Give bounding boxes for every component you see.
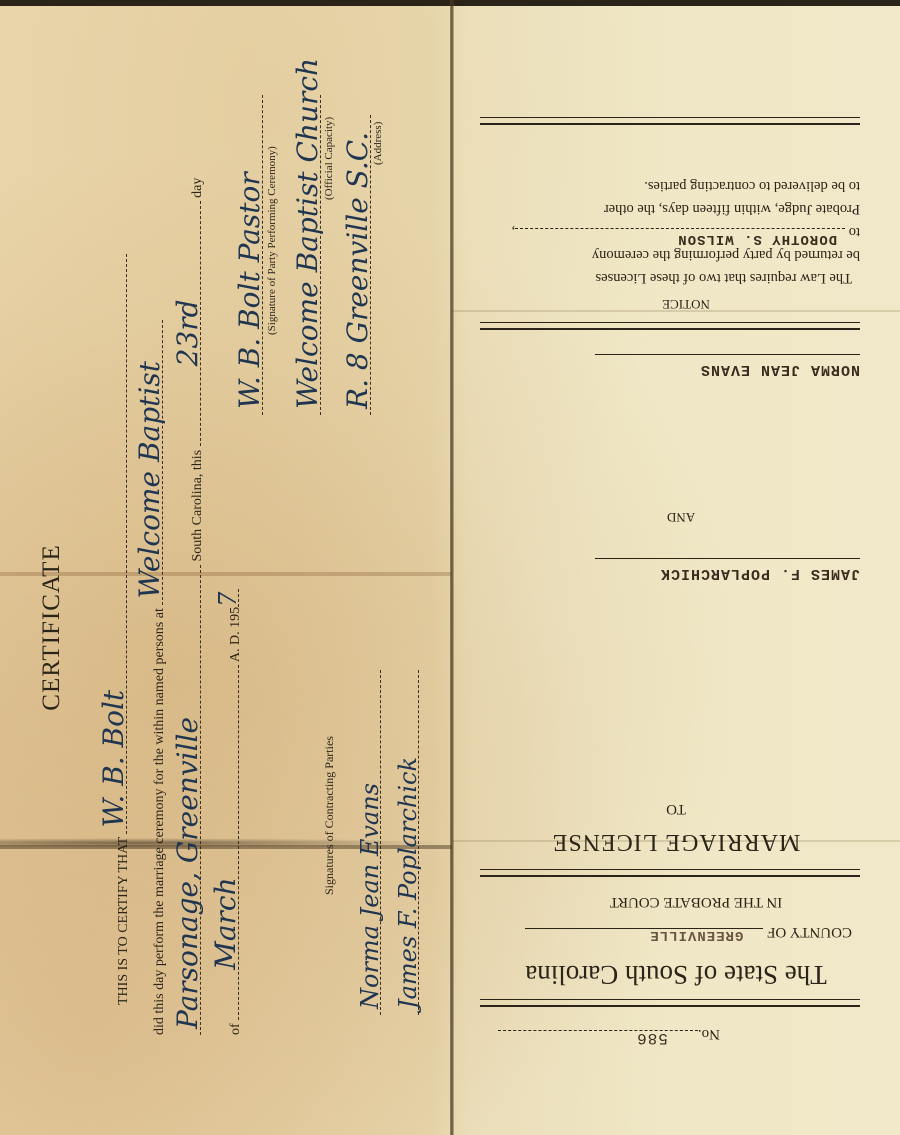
notice-title: NOTICE [452,296,900,312]
officiant-signature-caption: (Signature of Party Performing Ceremony) [266,146,278,335]
location-line: Parsonage, Greenville South Carolina, th… [186,178,206,1035]
to-label: TO [452,800,900,817]
party1-line [595,558,860,559]
place-continued-handwritten: Parsonage, Greenville [171,717,204,1029]
certificate-title: CERTIFICATE [38,0,66,1135]
party1-signature-line: Norma Jean Evans [350,670,381,1015]
place-handwritten: Welcome Baptist [133,361,166,599]
party2-line [595,354,860,355]
contracting-parties-caption: Signatures of Contracting Parties [322,736,337,895]
certify-line: THIS IS TO CERTIFY THAT W. B. Bolt [112,254,132,1005]
license-number: No.586 [498,1025,720,1045]
officiant-name-handwritten: W. B. Bolt [97,690,130,828]
and-label: AND [452,509,900,525]
party2-typed: NORMA JEAN EVANS [700,361,860,378]
rule [480,869,860,877]
day-handwritten: 23rd [171,299,204,366]
party2-signature-line: James F. Poplarchick [388,670,419,1015]
county-value: GREENVILLE [649,927,743,943]
address-line: R. 8 Greenville S.C. [340,115,371,415]
capacity-handwritten: Welcome Baptist Church [291,58,324,409]
party1-typed: JAMES F. POPLARCHICK [660,565,860,582]
certificate-panel: CERTIFICATE THIS IS TO CERTIFY THAT W. B… [0,0,452,1135]
rule [480,117,860,125]
address-handwritten: R. 8 Greenville S.C. [341,132,374,409]
state-title: The State of South Carolina [452,959,900,990]
capacity-caption: (Official Capacity) [323,117,335,200]
address-caption: (Address) [372,122,384,165]
court-name: IN THE PROBATE COURT [452,893,900,910]
judge-name-typed: DOROTHY S. WILSON [677,227,837,250]
county-line: COUNTY OF GREENVILLE [525,923,852,943]
officiant-signature-line: W. B. Bolt Pastor [232,95,263,415]
rule [480,999,860,1007]
party1-signature: Norma Jean Evans [356,783,384,1009]
license-panel: No.586 The State of South Carolina COUNT… [452,0,900,1135]
party2-signature: James F. Poplarchick [394,757,422,1009]
ceremony-line: did this day perform the marriage ceremo… [148,320,168,1035]
date-line: of March A. D. 1957 [224,589,244,1035]
rule [480,322,860,330]
notice-text: The Law requires that two of these Licen… [511,174,860,289]
license-heading: MARRIAGE LICENSE [452,828,900,855]
year-digit-handwritten: 7 [214,592,242,607]
officiant-signature: W. B. Bolt Pastor [233,172,266,409]
month-handwritten: March [209,877,242,969]
capacity-line: Welcome Baptist Church [290,95,321,415]
